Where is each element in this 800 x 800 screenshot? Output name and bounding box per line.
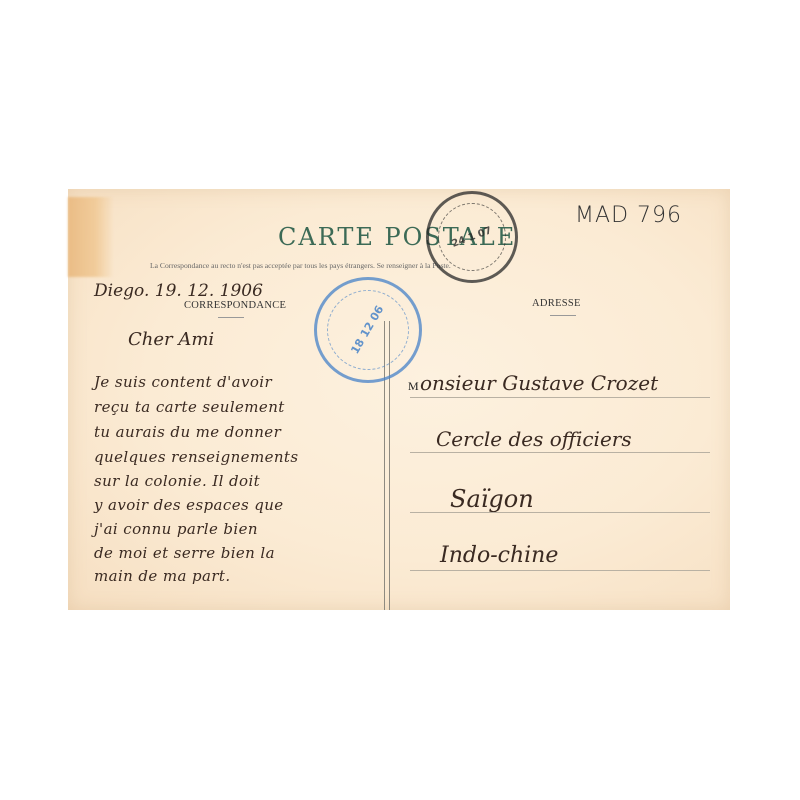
message-line: tu aurais du me donner bbox=[94, 423, 281, 441]
address-header: ADRESSE bbox=[532, 298, 581, 309]
message-line: sur la colonie. Il doit bbox=[94, 472, 260, 490]
place-date: Diego. 19. 12. 1906 bbox=[94, 281, 263, 301]
address-rule bbox=[410, 452, 710, 453]
address-line: Indo-chine bbox=[440, 543, 558, 568]
age-stain bbox=[68, 197, 114, 277]
message-line: j'ai connu parle bien bbox=[94, 520, 258, 538]
postmark-date: 24 1 07 bbox=[450, 225, 493, 250]
message-line: reçu ta carte seulement bbox=[94, 398, 285, 416]
address-line: Cercle des officiers bbox=[436, 427, 632, 451]
header-rule bbox=[550, 315, 576, 316]
greeting: Cher Ami bbox=[128, 329, 214, 350]
correspondence-header: CORRESPONDANCE bbox=[184, 300, 286, 311]
header-rule bbox=[218, 317, 244, 318]
catalog-annotation: MAD 796 bbox=[575, 203, 682, 228]
blue-postmark: 18 12 06 bbox=[314, 277, 422, 383]
address-prefix: M bbox=[408, 379, 419, 394]
postcard-back: CARTE POSTALE La Correspondance au recto… bbox=[68, 189, 730, 610]
address-line: onsieur Gustave Crozet bbox=[420, 371, 658, 395]
message-line: quelques renseignements bbox=[94, 448, 298, 466]
address-rule bbox=[410, 512, 710, 513]
address-line: Saïgon bbox=[450, 485, 534, 513]
message-line: y avoir des espaces que bbox=[94, 496, 284, 514]
message-line: de moi et serre bien la bbox=[94, 544, 275, 562]
address-rule bbox=[410, 397, 710, 398]
black-postmark: 24 1 07 bbox=[426, 191, 518, 283]
message-line: Je suis content d'avoir bbox=[94, 373, 272, 391]
address-rule bbox=[410, 570, 710, 571]
message-line: main de ma part. bbox=[94, 567, 231, 585]
postmark-date: 18 12 06 bbox=[349, 304, 386, 356]
postal-notice: La Correspondance au recto n'est pas acc… bbox=[150, 261, 451, 270]
